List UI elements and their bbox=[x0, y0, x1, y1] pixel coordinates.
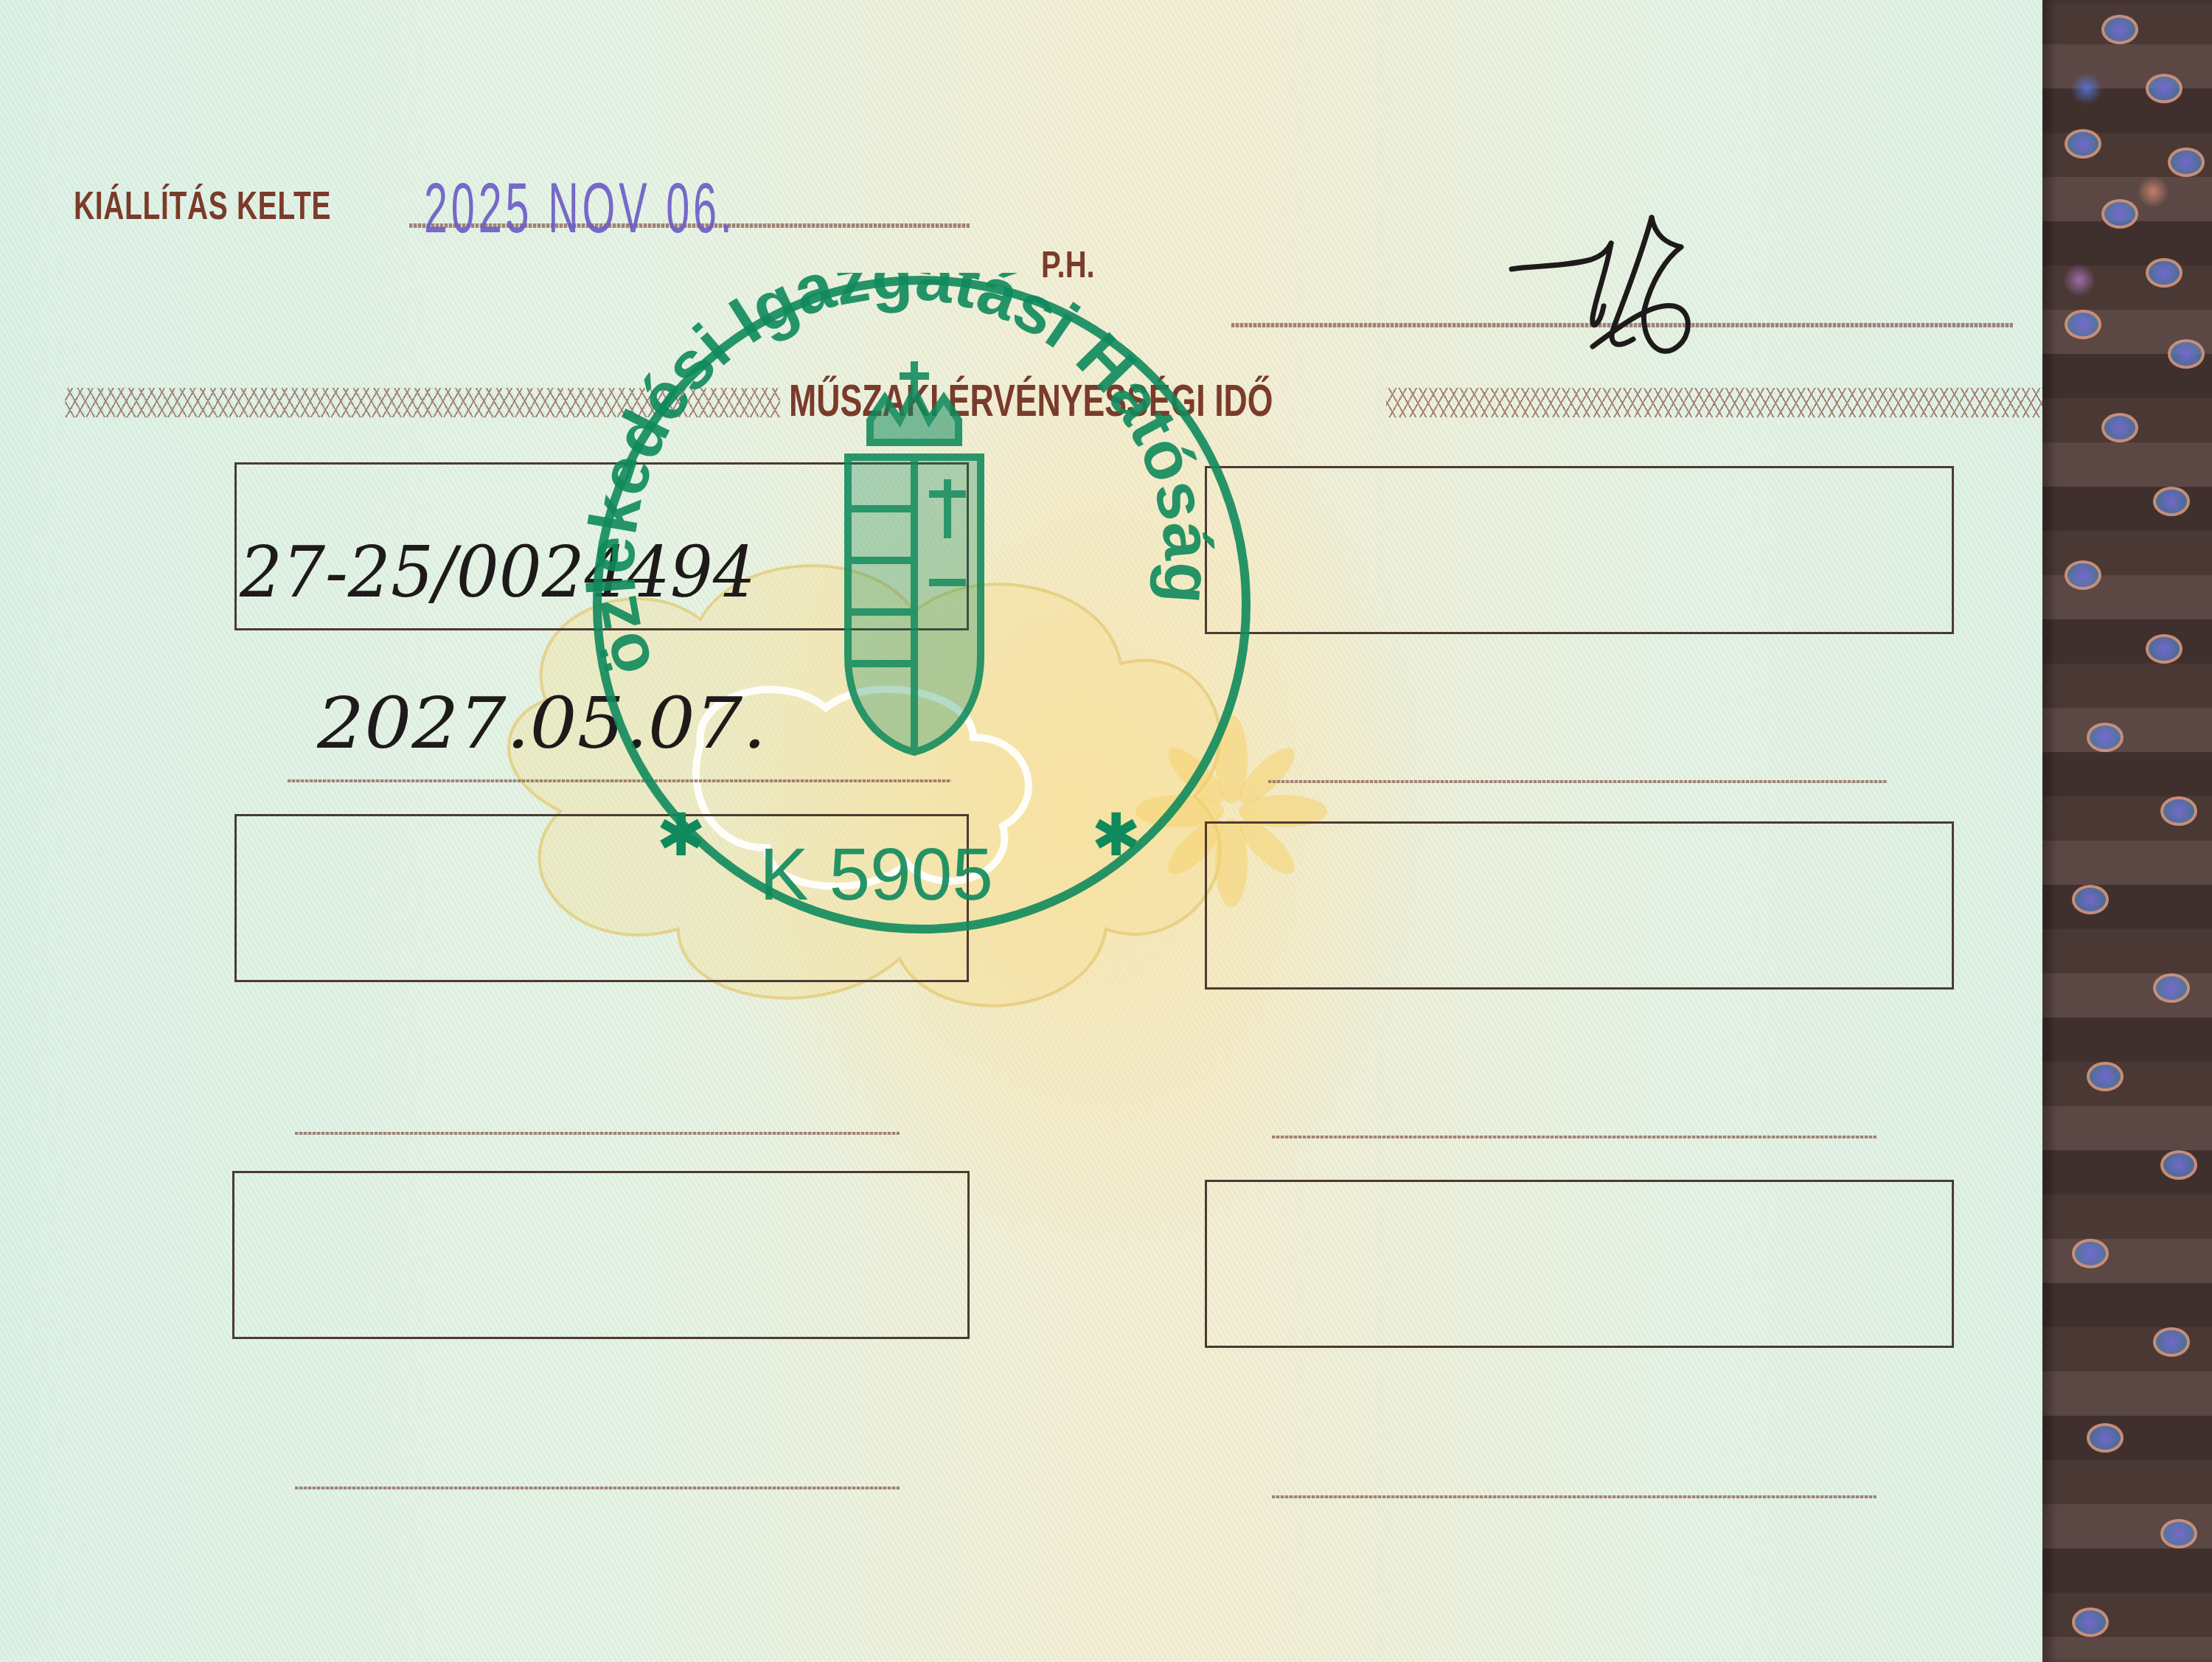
issue-date-stamp: 2025 NOV 06. bbox=[424, 168, 736, 249]
guilloche-band-right bbox=[1386, 388, 2042, 417]
hologram-emblem-icon bbox=[2101, 15, 2138, 44]
hologram-emblem-icon bbox=[2160, 796, 2197, 826]
entry-box-2-right[interactable] bbox=[1205, 821, 1954, 990]
hologram-emblem-icon bbox=[2065, 129, 2101, 159]
hologram-emblem-icon bbox=[2087, 1062, 2124, 1091]
asterisk-icon: ✱ bbox=[1091, 801, 1141, 869]
entry-box-3-right[interactable] bbox=[1205, 1180, 1954, 1348]
hologram-emblem-icon bbox=[2160, 1519, 2197, 1548]
hologram-emblem-icon bbox=[2072, 1607, 2109, 1637]
hologram-emblem-icon bbox=[2101, 199, 2138, 229]
hologram-emblem-icon bbox=[2146, 634, 2183, 664]
hologram-emblem-icon bbox=[2065, 310, 2101, 339]
entry-box-1-right[interactable] bbox=[1205, 466, 1954, 634]
issue-date-label: KIÁLLÍTÁS KELTE bbox=[74, 183, 331, 229]
signature bbox=[1504, 214, 1784, 361]
hologram-emblem-icon bbox=[2153, 487, 2190, 516]
hologram-emblem-icon bbox=[2065, 560, 2101, 590]
hologram-emblem-icon bbox=[2101, 413, 2138, 442]
hologram-emblem-icon bbox=[2168, 147, 2205, 177]
hologram-security-strip bbox=[2042, 0, 2212, 1662]
hologram-emblem-icon bbox=[2087, 1423, 2124, 1453]
hologram-emblem-icon bbox=[2153, 973, 2190, 1003]
microprint-line bbox=[1272, 1495, 1877, 1498]
hologram-emblem-icon bbox=[2168, 339, 2205, 369]
hologram-emblem-icon bbox=[2087, 723, 2124, 752]
coat-of-arms-icon bbox=[848, 361, 981, 752]
hologram-emblem-icon bbox=[2146, 74, 2183, 103]
hologram-emblem-icon bbox=[2160, 1150, 2197, 1180]
hologram-emblem-icon bbox=[2153, 1327, 2190, 1357]
hologram-emblem-icon bbox=[2072, 885, 2109, 914]
stamp-code: K 5905 bbox=[759, 833, 993, 916]
asterisk-icon: ✱ bbox=[656, 801, 706, 869]
microprint-line bbox=[1268, 780, 1888, 783]
microprint-line bbox=[1272, 1136, 1877, 1138]
official-stamp: özlekedési Igazgatási Hatóság ✱ ✱ K 5905 bbox=[575, 273, 1283, 951]
microprint-line bbox=[295, 1487, 900, 1489]
microprint-line bbox=[295, 1132, 900, 1135]
hologram-emblem-icon bbox=[2072, 1239, 2109, 1268]
hologram-emblem-icon bbox=[2146, 258, 2183, 288]
entry-box-3-left[interactable] bbox=[232, 1171, 970, 1339]
